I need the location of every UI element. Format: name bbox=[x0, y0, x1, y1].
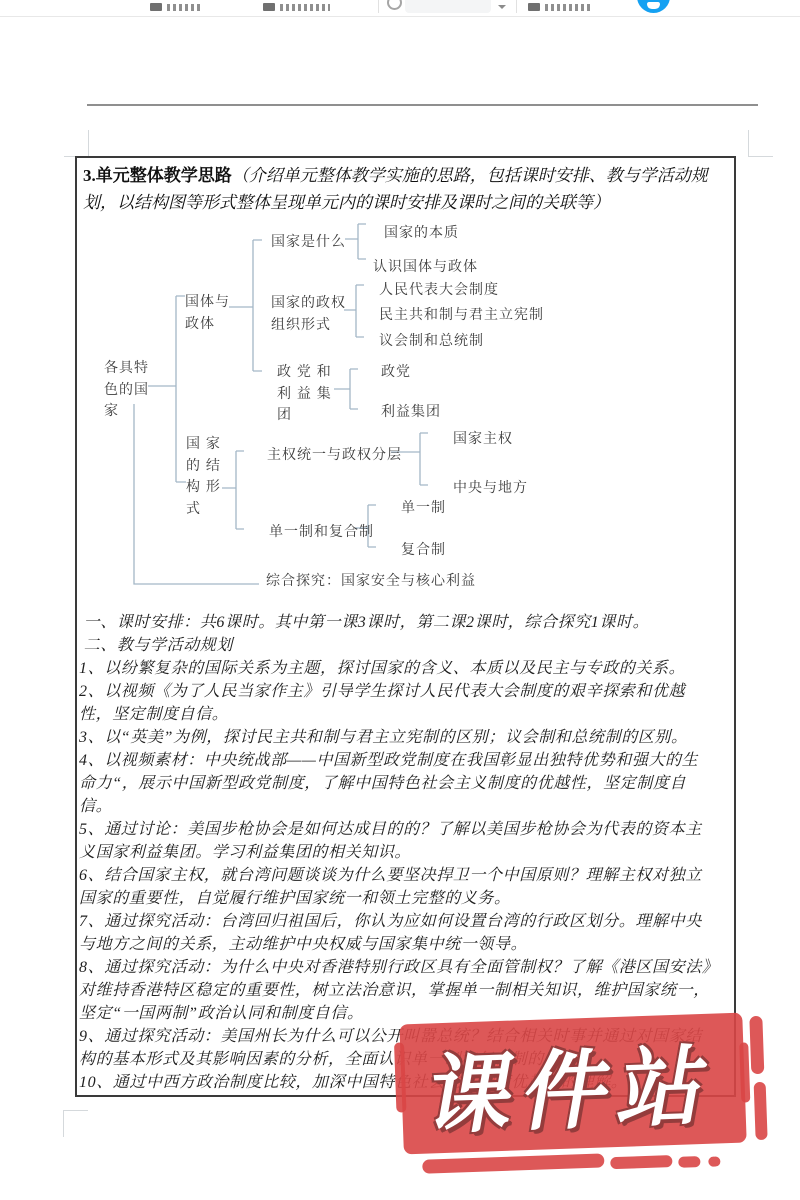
stamp-brush-stroke bbox=[610, 1155, 672, 1169]
body-line-1: 一、课时安排：共6课时。其中第一课3课时，第二课2课时，综合探究1课时。 bbox=[79, 611, 732, 634]
stamp-brush-stroke bbox=[749, 1016, 764, 1074]
body-line-15: 与地方之间的关系，主动维护中央权威与国家集中统一领导。 bbox=[79, 933, 732, 956]
diagram-node-state-essence: 国家的本质 bbox=[384, 222, 459, 244]
diagram-node-interest-group: 利益集团 bbox=[381, 401, 441, 423]
help-icon[interactable] bbox=[387, 0, 402, 10]
stamp-brush-stroke bbox=[708, 1156, 720, 1166]
toolbar-item-label-fragment[interactable] bbox=[545, 4, 593, 11]
diagram-node-power-org: 国家的政权 组织形式 bbox=[271, 292, 346, 335]
app-toolbar bbox=[0, 0, 800, 17]
body-line-19: 9、通过探究活动：美国州长为什么可以公开叫嚣总统？结合相关时事并通过对国家结 bbox=[79, 1025, 732, 1048]
body-line-12: 6、结合国家主权，就台湾问题谈谈为什么要坚决捍卫一个中国原则？理解主权对独立 bbox=[79, 864, 732, 887]
grid-icon[interactable] bbox=[263, 3, 275, 11]
diagram-node-structure: 国 家 的 结 构 形 式 bbox=[186, 433, 221, 519]
diagram-node-central-local: 中央与地方 bbox=[453, 477, 528, 499]
diagram-node-npc-system: 人民代表大会制度 bbox=[379, 279, 499, 301]
diagram-node-party: 政党 bbox=[381, 361, 411, 383]
body-line-11: 义国家利益集团。学习利益集团的相关知识。 bbox=[79, 841, 732, 864]
apps-icon[interactable] bbox=[528, 3, 540, 11]
diagram-node-know-polity: 认识国体与政体 bbox=[373, 256, 478, 278]
body-line-2: 二、教与学活动规划 bbox=[79, 634, 732, 657]
body-line-20: 构的基本形式及其影响因素的分析，全面认识单一制和复合制的特点。 bbox=[79, 1048, 732, 1071]
concept-map: 各具特 色的国 家国体与 政体国 家 的 结 构 形 式国家是什么国家的政权 组… bbox=[0, 0, 800, 620]
diagram-node-polity: 国体与 政体 bbox=[185, 291, 230, 334]
diagram-node-state-sovereignty: 国家主权 bbox=[453, 428, 513, 450]
diagram-node-republic-monarchy: 民主共和制与君主立宪制 bbox=[379, 304, 544, 326]
toolbar-input[interactable] bbox=[405, 0, 491, 13]
page-corner-mark bbox=[63, 1110, 88, 1137]
screen: 3.单元整体教学思路（介绍单元整体教学实施的思路，包括课时安排、教与学活动规划，… bbox=[0, 0, 800, 1200]
diagram-node-what-is-state: 国家是什么 bbox=[271, 231, 346, 253]
body-line-3: 1、以纷繁复杂的国际关系为主题，探讨国家的含义、本质以及民主与专政的关系。 bbox=[79, 657, 732, 680]
stamp-brush-stroke bbox=[422, 1153, 604, 1173]
diagram-node-unitary-compound: 单一制和复合制 bbox=[269, 521, 374, 543]
body-line-13: 国家的重要性，自觉履行维护国家统一和领土完整的义务。 bbox=[79, 887, 732, 910]
body-line-6: 3、以“英美”为例，探讨民主共和制与君主立宪制的区别；议会制和总统制的区别。 bbox=[79, 726, 732, 749]
body-line-16: 8、通过探究活动：为什么中央对香港特别行政区具有全面管制权？了解《港区国安法》 bbox=[79, 956, 732, 979]
body-line-9: 信。 bbox=[79, 795, 732, 818]
body-line-7: 4、以视频素材：中央统战部——中国新型政党制度在我国彰显出独特优势和强大的生 bbox=[79, 749, 732, 772]
diagram-node-synthesis: 综合探究：国家安全与核心利益 bbox=[266, 570, 476, 592]
body-line-4: 2、以视频《为了人民当家作主》引导学生探讨人民代表大会制度的艰辛探索和优越 bbox=[79, 680, 732, 703]
body-line-8: 命力“，展示中国新型政党制度，了解中国特色社会主义制度的优越性，坚定制度自 bbox=[79, 772, 732, 795]
stamp-brush-stroke bbox=[754, 1082, 768, 1140]
document-icon[interactable] bbox=[150, 3, 162, 11]
stamp-brush-stroke bbox=[678, 1156, 700, 1168]
toolbar-item-label-fragment[interactable] bbox=[280, 4, 330, 11]
diagram-node-unitary: 单一制 bbox=[401, 497, 446, 519]
toolbar-divider bbox=[378, 0, 379, 13]
avatar[interactable] bbox=[637, 0, 670, 13]
body-line-5: 性，坚定制度自信。 bbox=[79, 703, 732, 726]
toolbar-divider bbox=[516, 0, 517, 13]
diagram-node-root: 各具特 色的国 家 bbox=[104, 357, 149, 422]
body-line-21: 10、通过中西方政治制度比较，加深中国特色社会主义制度优越性的理解。 bbox=[79, 1071, 732, 1094]
diagram-node-parliament-president: 议会制和总统制 bbox=[379, 330, 484, 352]
body-line-14: 7、通过探究活动：台湾回归祖国后，你认为应如何设置台湾的行政区划分。理解中央 bbox=[79, 910, 732, 933]
chevron-down-icon[interactable] bbox=[498, 5, 506, 13]
toolbar-item-label-fragment[interactable] bbox=[167, 4, 203, 11]
body-line-17: 对维持香港特区稳定的重要性，树立法治意识，掌握单一制相关知识，维护国家统一， bbox=[79, 979, 732, 1002]
body-line-10: 5、通过讨论：美国步枪协会是如何达成目的的？了解以美国步枪协会为代表的资本主 bbox=[79, 818, 732, 841]
body-line-18: 坚定“一国两制”政治认同和制度自信。 bbox=[79, 1002, 732, 1025]
body-text: 一、课时安排：共6课时。其中第一课3课时，第二课2课时，综合探究1课时。 二、教… bbox=[79, 611, 732, 1094]
diagram-node-party-interest: 政 党 和 利 益 集 团 bbox=[277, 361, 332, 426]
diagram-node-sovereignty-layer: 主权统一与政权分层 bbox=[267, 444, 402, 466]
diagram-node-compound: 复合制 bbox=[401, 539, 446, 561]
